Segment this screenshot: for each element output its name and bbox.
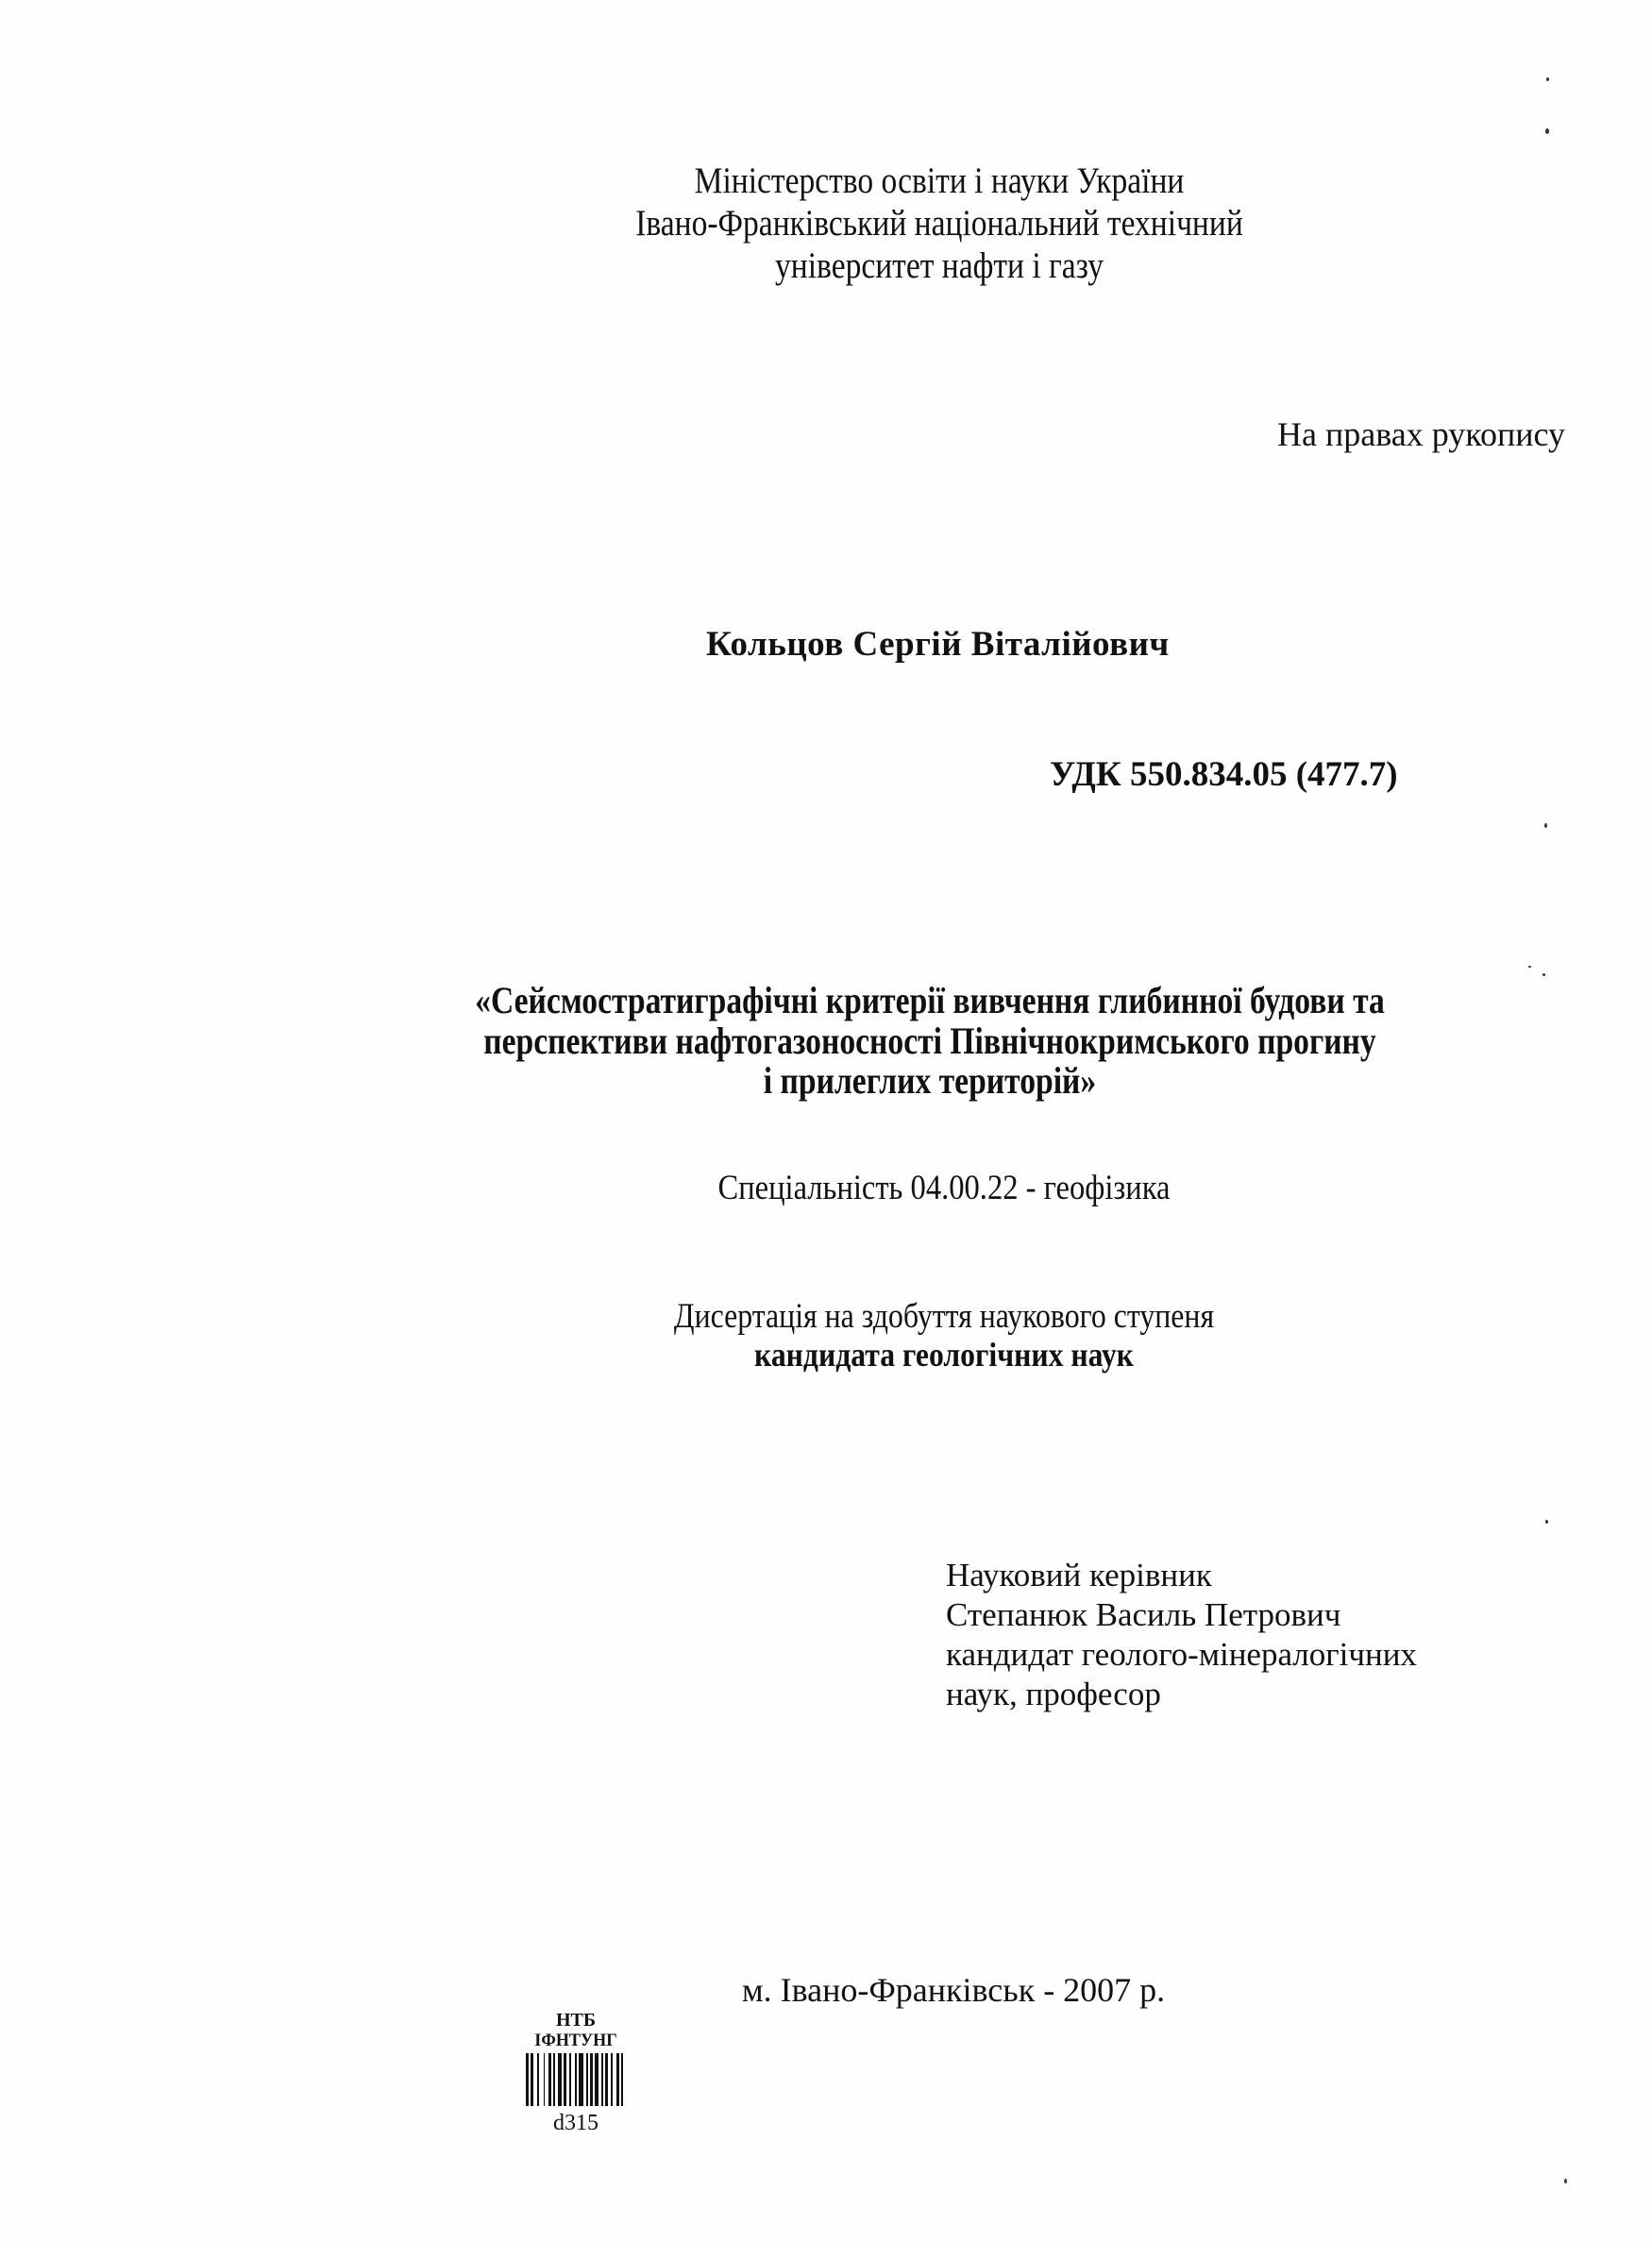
university-line-2: університет нафти і газу <box>615 247 1264 284</box>
barcode-bar <box>623 2053 626 2106</box>
scan-speck <box>1546 77 1549 81</box>
ministry-line: Міністерство освіти і науки України <box>615 162 1264 199</box>
library-stamp-line-2: ІФНТУНГ <box>499 2031 652 2049</box>
udc-code: УДК 550.834.05 (477.7) <box>1050 757 1398 792</box>
dissertation-degree-line-2: кандидата геологічних наук <box>612 1338 1276 1372</box>
supervisor-label: Науковий керівник <box>946 1559 1212 1592</box>
university-line-1: Івано-Франківський національний технічни… <box>615 205 1264 242</box>
supervisor-name: Степанюк Василь Петрович <box>946 1598 1340 1631</box>
manuscript-note: На правах рукопису <box>1277 417 1565 451</box>
speciality: Спеціальність 04.00.22 - геофізика <box>612 1171 1276 1205</box>
place-and-year: м. Івано-Франківськ - 2007 р. <box>566 1973 1340 2007</box>
supervisor-degree: кандидат геолого-мінералогічних <box>946 1638 1417 1671</box>
author-name: Кольцов Сергій Віталійович <box>706 627 1170 662</box>
scan-speck <box>1544 823 1547 828</box>
library-code: d315 <box>496 2112 656 2134</box>
thesis-title-line-3: і прилеглих територій» <box>447 1062 1414 1100</box>
document-page: Міністерство освіти і науки України Іван… <box>0 0 1652 2242</box>
scan-speck <box>1564 2179 1567 2183</box>
dissertation-degree-line-1: Дисертація на здобуття наукового ступеня <box>619 1299 1269 1334</box>
library-stamp: НТБ ІФНТУНГ d315 <box>496 2011 656 2134</box>
library-stamp-line-1: НТБ <box>496 2011 656 2030</box>
scan-speck <box>1542 973 1545 976</box>
scan-speck <box>1528 966 1531 968</box>
scan-speck <box>1545 128 1549 134</box>
thesis-title-line-1: «Сейсмостратиграфічні критерії вивчення … <box>447 982 1414 1020</box>
supervisor-title: наук, професор <box>946 1677 1161 1711</box>
scan-speck <box>1545 1520 1548 1524</box>
thesis-title-line-2: перспективи нафтогазоносності Північнокр… <box>447 1022 1414 1060</box>
barcode-icon <box>496 2053 656 2106</box>
